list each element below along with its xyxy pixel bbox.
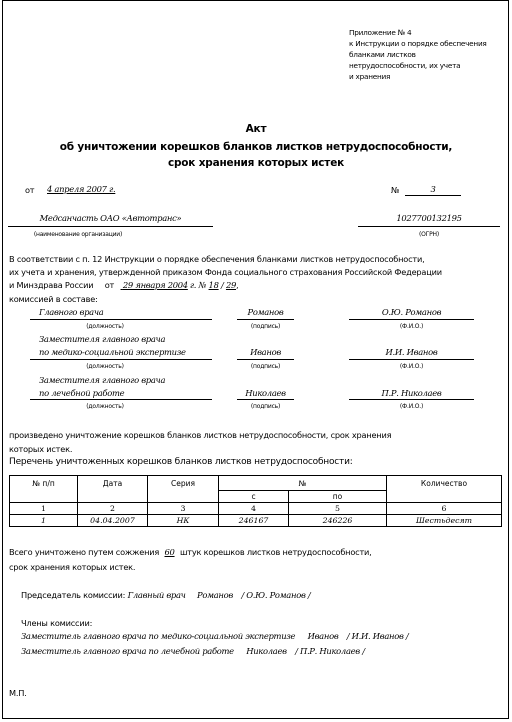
act-number: 3	[405, 184, 461, 194]
member-1-fio: О.Ю. Романов	[349, 307, 474, 317]
member-2-fio-underline	[349, 359, 474, 360]
members-label: Члены комиссии:	[21, 618, 92, 628]
intro-line-3-end: ,	[236, 280, 238, 290]
ogrn-value: 1027700132195	[358, 213, 500, 223]
order-date-suffix: г. №	[190, 280, 206, 290]
member-2-position-line-2: по медико-социальной экспертизе	[39, 347, 186, 357]
organization-underline	[8, 226, 213, 227]
header-series: Серия	[148, 476, 219, 503]
column-number: 2	[78, 503, 148, 515]
ogrn-caption: (ОГРН)	[358, 231, 500, 238]
column-numbers-row: 1 2 3 4 5 6	[10, 503, 502, 515]
member-line-2: Заместитель главного врача по лечебной р…	[21, 646, 365, 656]
member-3-signature-caption: (подпись)	[237, 403, 294, 410]
column-number: 3	[148, 503, 219, 515]
member-line-1-position: Заместитель главного врача по медико-соц…	[21, 631, 295, 641]
order-number-1: 18	[209, 280, 219, 290]
header-num: № п/п	[10, 476, 78, 503]
member-2-fio-caption: (Ф.И.О.)	[349, 363, 474, 370]
appendix-line: Приложение № 4	[349, 27, 487, 38]
act-date: 4 апреля 2007 г.	[42, 184, 118, 194]
member-line-2-fio: / П.Р. Николаев /	[295, 646, 365, 656]
column-number: 4	[219, 503, 289, 515]
header-from: с	[219, 491, 289, 503]
intro-line-1: В соответствии с п. 12 Инструкции о поря…	[9, 254, 425, 264]
organization-caption: (наименование организации)	[8, 231, 148, 238]
intro-line-3: и Минздрава России от 29 января 2004г. №…	[9, 280, 238, 290]
result-line-2: которых истек.	[9, 444, 72, 454]
total-prefix: Всего уничтожено путем сожжения	[9, 547, 159, 557]
document-title: Акт	[0, 123, 512, 135]
column-number: 6	[387, 503, 502, 515]
member-3-signature-underline	[237, 399, 294, 400]
order-number-2: 29	[226, 280, 236, 290]
total-suffix: штук корешков листков нетрудоспособности…	[180, 547, 372, 557]
header-number: №	[219, 476, 387, 491]
order-date-value: 29 января 2004	[123, 280, 188, 290]
chairman-signature: Романов	[197, 590, 233, 600]
member-3-fio-caption: (Ф.И.О.)	[349, 403, 474, 410]
appendix-line: к Инструкции о порядке обеспечения	[349, 38, 487, 49]
member-line-1: Заместитель главного врача по медико-соц…	[21, 631, 408, 641]
member-2-signature: Иванов	[237, 347, 294, 357]
header-quantity: Количество	[387, 476, 502, 503]
number-prefix: №	[391, 185, 399, 195]
total-line-2: срок хранения которых истек.	[9, 562, 135, 572]
list-title: Перечень уничтоженных корешков бланков л…	[9, 457, 353, 467]
destroyed-stubs-table: № п/п Дата Серия № Количество с по 1 2 3…	[9, 475, 502, 527]
row-from: 246167	[219, 515, 289, 527]
row-num: 1	[10, 515, 78, 527]
intro-line-2: их учета и хранения, утвержденной приказ…	[9, 267, 442, 277]
chairman-line: Председатель комиссии: Главный врач Рома…	[21, 590, 310, 600]
member-3-position-line-1: Заместителя главного врача	[39, 375, 165, 385]
member-line-2-signature: Николаев	[246, 646, 287, 656]
member-2-signature-underline	[237, 359, 294, 360]
column-number: 1	[10, 503, 78, 515]
intro-line-3-prefix: и Минздрава России	[9, 280, 93, 290]
member-3-position-underline	[30, 399, 212, 400]
member-3-position-line-2: по лечебной работе	[39, 388, 124, 398]
act-number-underline	[405, 195, 461, 196]
member-2-position-caption: (должность)	[30, 363, 180, 370]
header-date: Дата	[78, 476, 148, 503]
total-line-1: Всего уничтожено путем сожжения 60 штук …	[9, 547, 372, 557]
member-line-2-position: Заместитель главного врача по лечебной р…	[21, 646, 234, 656]
chairman-position: Главный врач	[128, 590, 186, 600]
member-1-position-caption: (должность)	[30, 323, 180, 330]
order-number-separator: /	[221, 280, 224, 290]
row-to: 246226	[289, 515, 387, 527]
member-1-position: Главного врача	[39, 307, 103, 317]
member-3-fio: П.Р. Николаев	[349, 388, 474, 398]
chairman-label: Председатель комиссии:	[21, 590, 125, 600]
total-count: 60	[164, 547, 174, 557]
member-2-position-line-1: Заместителя главного врача	[39, 334, 165, 344]
member-2-position-underline	[30, 359, 212, 360]
appendix-line: бланками листков	[349, 49, 487, 60]
row-date: 04.04.2007	[78, 515, 148, 527]
member-1-position-underline	[30, 319, 212, 320]
ogrn-underline	[358, 226, 500, 227]
appendix-line: и хранения	[349, 71, 487, 82]
row-series: НК	[148, 515, 219, 527]
member-3-fio-underline	[349, 399, 474, 400]
member-1-signature-caption: (подпись)	[237, 323, 294, 330]
chairman-fio: / О.Ю. Романов /	[241, 590, 310, 600]
member-3-position-caption: (должность)	[30, 403, 180, 410]
result-line-1: произведено уничтожение корешков бланков…	[9, 430, 391, 440]
order-date: 29 января 2004	[121, 280, 188, 290]
member-2-signature-caption: (подпись)	[237, 363, 294, 370]
row-quantity: Шестьдесят	[387, 515, 502, 527]
intro-line-4: комиссией в составе:	[9, 294, 98, 304]
member-line-1-fio: / И.И. Иванов /	[347, 631, 409, 641]
member-line-1-signature: Иванов	[308, 631, 339, 641]
appendix-note: Приложение № 4 к Инструкции о порядке об…	[349, 27, 487, 82]
member-3-signature: Николаев	[237, 388, 294, 398]
column-number: 5	[289, 503, 387, 515]
date-prefix: от	[25, 185, 34, 195]
document-subtitle-2: срок хранения которых истек	[0, 157, 512, 169]
member-1-fio-underline	[349, 319, 474, 320]
member-1-fio-caption: (Ф.И.О.)	[349, 323, 474, 330]
member-1-signature-underline	[237, 319, 294, 320]
appendix-line: нетрудоспособности, их учета	[349, 60, 487, 71]
document-subtitle: об уничтожении корешков бланков листков …	[0, 141, 512, 153]
member-1-signature: Романов	[237, 307, 294, 317]
act-date-value: 4 апреля 2007 г.	[47, 184, 115, 194]
member-2-fio: И.И. Иванов	[349, 347, 474, 357]
table-row: 1 04.04.2007 НК 246167 246226 Шестьдесят	[10, 515, 502, 527]
intro-from: от	[105, 280, 114, 290]
stamp-place: М.П.	[9, 688, 27, 698]
organization-name: Медсанчасть ОАО «Автотранс»	[8, 213, 213, 223]
header-to: по	[289, 491, 387, 503]
